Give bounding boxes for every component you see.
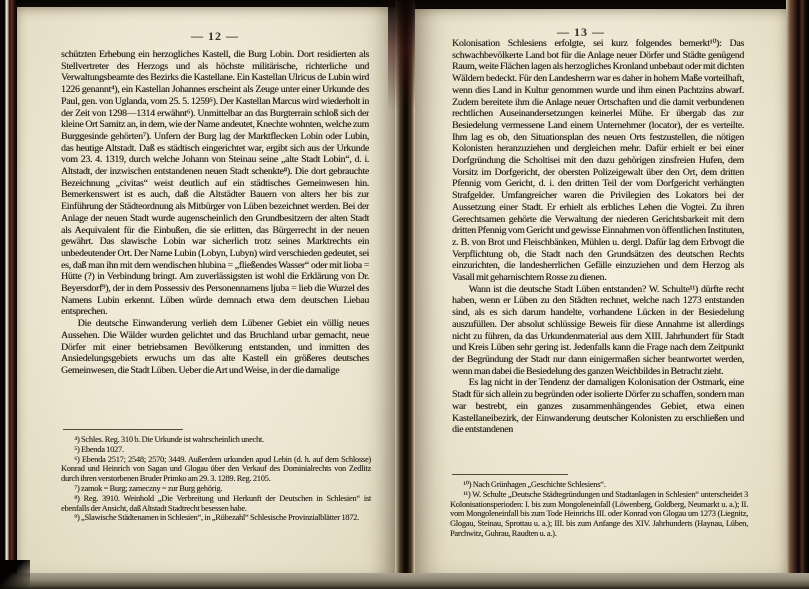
footnote: ⁷) zamok = Burg; zameczny = zur Burg geh… <box>61 484 371 494</box>
footnote-divider-left <box>63 429 183 431</box>
footnote: ¹⁰) Nach Grünhagen „Geschichte Schlesien… <box>450 480 748 490</box>
main-text-left: schützten Erhebung ein herzogliches Kast… <box>61 49 369 425</box>
page-12: — 12 — schützten Erhebung ein herzoglich… <box>17 7 395 575</box>
footnote-divider-right <box>452 474 568 476</box>
main-text-right: Kolonisation Schlesiens erfolgte, sei ku… <box>452 38 744 470</box>
footnote: ⁶) Ebenda 2517; 2548; 2570; 3449. Außerd… <box>61 455 371 484</box>
paragraph: Wann ist die deutsche Stadt Lüben entsta… <box>452 284 744 378</box>
footnotes-right: ¹⁰) Nach Grünhagen „Geschichte Schlesien… <box>450 480 748 539</box>
paragraph: Es lag nicht in der Tendenz der damalige… <box>452 377 744 436</box>
page-13: — 13 — Kolonisation Schlesiens erfolgte,… <box>415 9 786 575</box>
paragraph: schützten Erhebung ein herzogliches Kast… <box>61 49 369 318</box>
footnote: ⁹) „Slawische Städtenamen in Schlesien“,… <box>61 513 371 523</box>
paragraph: Kolonisation Schlesiens erfolgte, sei ku… <box>452 38 744 284</box>
book-photo: — 12 — schützten Erhebung ein herzoglich… <box>0 0 809 589</box>
paragraph: Die deutsche Einwanderung verlieh dem Lü… <box>61 318 369 377</box>
book-cover-left-edge <box>0 0 17 589</box>
footnote: ⁴) Schles. Reg. 310 b. Die Urkunde ist w… <box>61 435 371 445</box>
footnote: ⁵) Ebenda 1027. <box>61 445 371 455</box>
page-number-left: — 12 — <box>61 29 369 44</box>
photo-bottom-corner-shadow <box>0 560 30 589</box>
footnotes-left: ⁴) Schles. Reg. 310 b. Die Urkunde ist w… <box>61 435 371 523</box>
book-fore-edge <box>786 0 809 589</box>
footnote: ¹¹) W. Schulte „Deutsche Städtegründunge… <box>450 490 748 539</box>
footnote: ⁸) Reg. 3910. Weinhold „Die Verbreitung … <box>61 494 371 514</box>
photo-bottom-edge <box>0 573 809 589</box>
